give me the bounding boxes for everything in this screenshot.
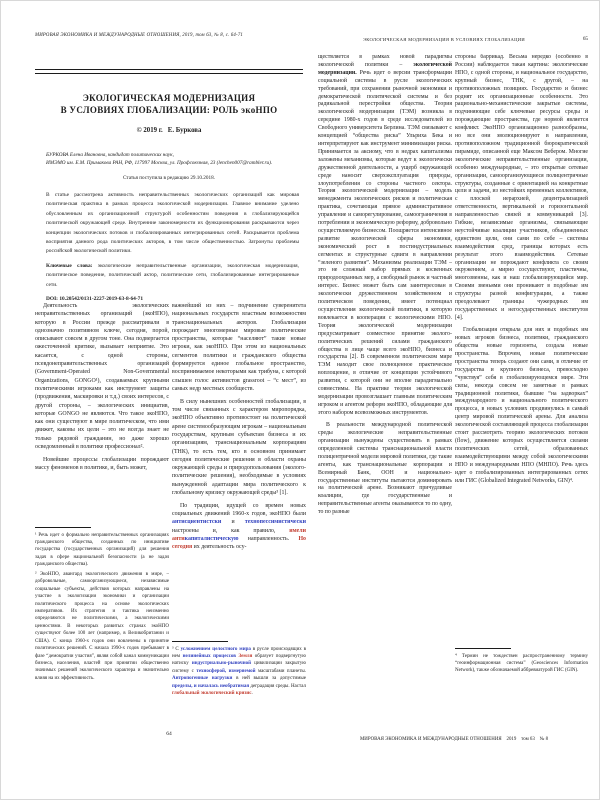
left-page-column-1: Деятельность экологических неправительст… (35, 302, 169, 522)
right-page-number: 65 (564, 36, 588, 42)
body-paragraph: ществляется в рамках новой парадигмы эко… (318, 54, 452, 418)
body-paragraph: стороны баррикад. Весьма нередко (особен… (455, 54, 588, 323)
received-date-line: Статья поступила в редакцию 29.10.2018. (35, 175, 303, 181)
footnote-2: ² ЭкоНПО, авангард экологического движен… (35, 571, 169, 682)
footnote-rule (455, 648, 511, 649)
body-paragraph: В реальности международной политической … (318, 422, 452, 517)
journal-spread: МИРОВАЯ ЭКОНОМИКА И МЕЖДУНАРОДНЫЕ ОТНОШЕ… (0, 0, 600, 800)
body-paragraph: Новейшие процессы глобализации порождают… (35, 456, 169, 473)
body-paragraph: важнейший из них – подчинение суверените… (172, 302, 306, 393)
header-double-rule (35, 69, 303, 74)
keywords-line: Ключевые слова: экологические неправител… (46, 262, 299, 290)
journal-footer: МИРОВАЯ ЭКОНОМИКА И МЕЖДУНАРОДНЫЕ ОТНОШЕ… (318, 737, 590, 742)
author-name-line: БУРКОВА Елена Ивановна, кандидат политич… (46, 151, 300, 159)
abstract-text: В статье рассмотрена активность неправит… (46, 191, 299, 257)
article-title: ЭКОЛОГИЧЕСКАЯ МОДЕРНИЗАЦИЯ В УСЛОВИЯХ ГЛ… (35, 92, 303, 116)
right-page-column-2: стороны баррикад. Весьма нередко (особен… (455, 54, 588, 644)
footnote-3-highlighted: ³ С усложнением целостного мира в русле … (172, 646, 306, 698)
running-head-right: ЭКОЛОГИЧЕСКАЯ МОДЕРНИЗАЦИЯ В УСЛОВИЯХ ГЛ… (330, 37, 558, 42)
right-page-column-1: ществляется в рамках новой парадигмы эко… (318, 54, 452, 718)
footnote-1: ¹ Речь идет о формально неправительствен… (35, 532, 169, 569)
footnote-rule (35, 527, 91, 528)
article-title-line2: В УСЛОВИЯХ ГЛОБАЛИЗАЦИИ: РОЛЬ экоНПО (61, 105, 278, 115)
footnote-rule (172, 641, 228, 642)
footnote-4: ⁴ Термин не тождествен распространенному… (455, 653, 588, 675)
footnotes-left-column: ¹ Речь идет о формально неправительствен… (35, 527, 169, 729)
copyright-author-line: © 2019 г. Е. Буркова (35, 127, 303, 134)
article-title-line1: ЭКОЛОГИЧЕСКАЯ МОДЕРНИЗАЦИЯ (83, 93, 256, 103)
running-head-left: МИРОВАЯ ЭКОНОМИКА И МЕЖДУНАРОДНЫЕ ОТНОШЕ… (35, 33, 303, 38)
footnotes-middle-column: ³ С усложнением целостного мира в русле … (172, 641, 306, 733)
left-page-column-2: важнейший из них – подчинение суверените… (172, 302, 306, 636)
body-paragraph: В силу нынешних особенностей глобализаци… (172, 398, 306, 498)
author-affiliation-line: ИМЭМО им. Е.М. Примакова РАН, РФ, 117997… (46, 159, 300, 167)
abstract-block: В статье рассмотрена активность неправит… (46, 191, 299, 304)
body-paragraph: Деятельность экологических неправительст… (35, 302, 169, 451)
body-paragraph: Глобализация открыла для них и подобных … (455, 327, 588, 485)
author-affiliation-block: БУРКОВА Елена Ивановна, кандидат политич… (46, 151, 300, 167)
footnotes-right-column: ⁴ Термин не тождествен распространенному… (455, 648, 588, 710)
keywords-label: Ключевые слова: (46, 263, 92, 269)
body-paragraph-highlighted: По традиции, идущей со времен новых соци… (172, 502, 306, 552)
left-page-number: 64 (35, 731, 303, 737)
